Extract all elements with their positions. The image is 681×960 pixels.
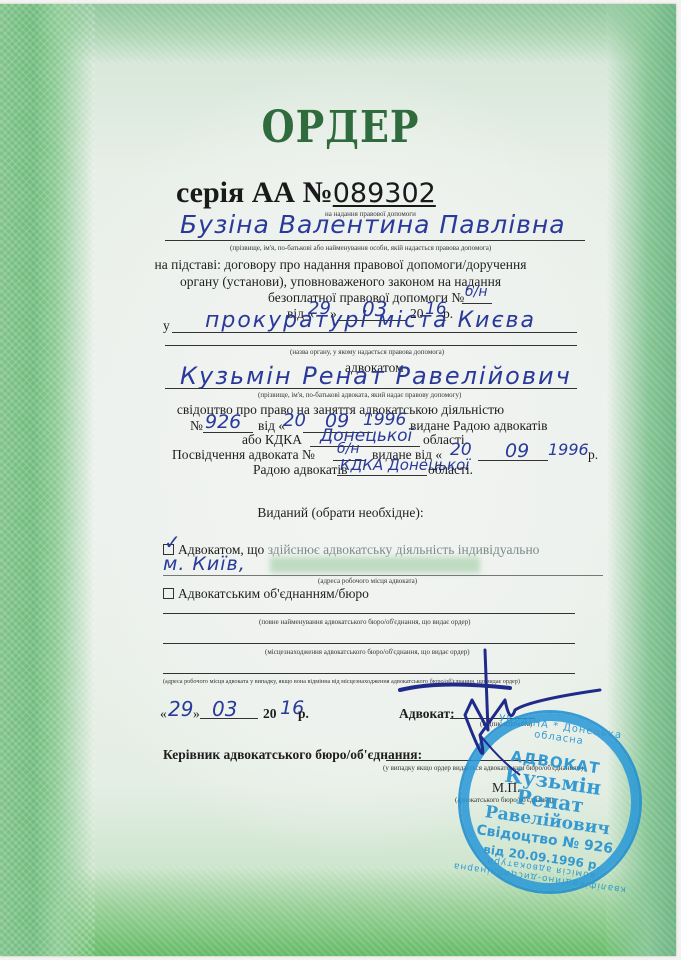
cert-no-prefix: № bbox=[190, 418, 203, 434]
document-title: ОРДЕР bbox=[0, 101, 681, 153]
checkmark-icon: ✓ bbox=[164, 530, 181, 554]
organ-prefix: у bbox=[163, 318, 170, 334]
basis-line-1: на підставі: договору про надання правов… bbox=[0, 257, 681, 273]
council-suffix: області. bbox=[428, 462, 473, 478]
basis-line-2: органу (установи), уповноваженого законо… bbox=[0, 274, 681, 290]
redacted-address bbox=[270, 557, 480, 573]
series-number: серія АА №089302 bbox=[176, 176, 436, 210]
lawyer-signature-icon bbox=[380, 640, 620, 800]
bureau-name-line bbox=[163, 613, 575, 614]
id-month: 09 bbox=[505, 440, 529, 462]
cert-day: 20 bbox=[283, 410, 306, 431]
caption-lawyer: (прізвище, ім'я, по-батькові адвоката, я… bbox=[258, 391, 461, 399]
client-name: Бузіна Валентина Павлівна bbox=[180, 210, 566, 239]
organ-line-1 bbox=[172, 332, 577, 333]
series-value: 089302 bbox=[333, 178, 436, 209]
id-suffix: р. bbox=[588, 447, 598, 463]
series-label: серія АА № bbox=[176, 176, 333, 209]
issued-heading: Виданий (обрати необхідне): bbox=[0, 505, 681, 521]
option-individual-label-faded: здійснює адвокатську діяльність індивіду… bbox=[268, 542, 540, 557]
footer-date-close: » bbox=[193, 706, 200, 722]
council-line bbox=[337, 475, 427, 476]
footer-date-line bbox=[200, 718, 258, 719]
footer-year-prefix: 20 bbox=[263, 706, 277, 722]
option-bureau-label: Адвокатським об'єднанням/бюро bbox=[178, 586, 369, 601]
client-name-line bbox=[165, 240, 585, 241]
id-prefix: Посвідчення адвоката № bbox=[172, 447, 315, 463]
caption-address: (адреса робочого місця адвоката) bbox=[318, 577, 417, 585]
cert-kdka-prefix: або КДКА bbox=[242, 432, 302, 448]
basis-number-line bbox=[462, 303, 492, 304]
bureau-checkbox[interactable] bbox=[163, 588, 174, 599]
organ-line-2 bbox=[165, 345, 577, 346]
address-line bbox=[163, 575, 603, 576]
cert-kdka-region: Донецької bbox=[320, 426, 412, 446]
lawyer-name: Кузьмін Ренат Равелійович bbox=[180, 362, 572, 390]
footer-date-day: 29 bbox=[168, 697, 193, 721]
address-value: м. Київ, bbox=[163, 553, 246, 575]
basis-number: б/н bbox=[465, 284, 488, 300]
guilloche-border-top bbox=[0, 4, 676, 64]
footer-year-suffix: р. bbox=[298, 706, 309, 722]
option-bureau[interactable]: Адвокатським об'єднанням/бюро bbox=[163, 586, 369, 602]
lawyer-line bbox=[165, 388, 577, 389]
id-number: б/н bbox=[337, 441, 360, 457]
council-prefix: Радою адвокатів bbox=[253, 462, 348, 478]
id-year: 1996 bbox=[548, 440, 589, 459]
caption-bureau-name: (повне найменування адвокатського бюро/о… bbox=[259, 618, 470, 626]
id-date-line bbox=[478, 460, 548, 461]
caption-organ: (назва органу, у якому надається правова… bbox=[290, 348, 444, 356]
organ-name: прокуратурі міста Києва bbox=[205, 308, 536, 333]
caption-client: (прізвище, ім'я, по-батькові або наймену… bbox=[230, 244, 491, 252]
footer-date-open: « bbox=[160, 706, 167, 722]
cert-number: 926 bbox=[205, 411, 241, 433]
